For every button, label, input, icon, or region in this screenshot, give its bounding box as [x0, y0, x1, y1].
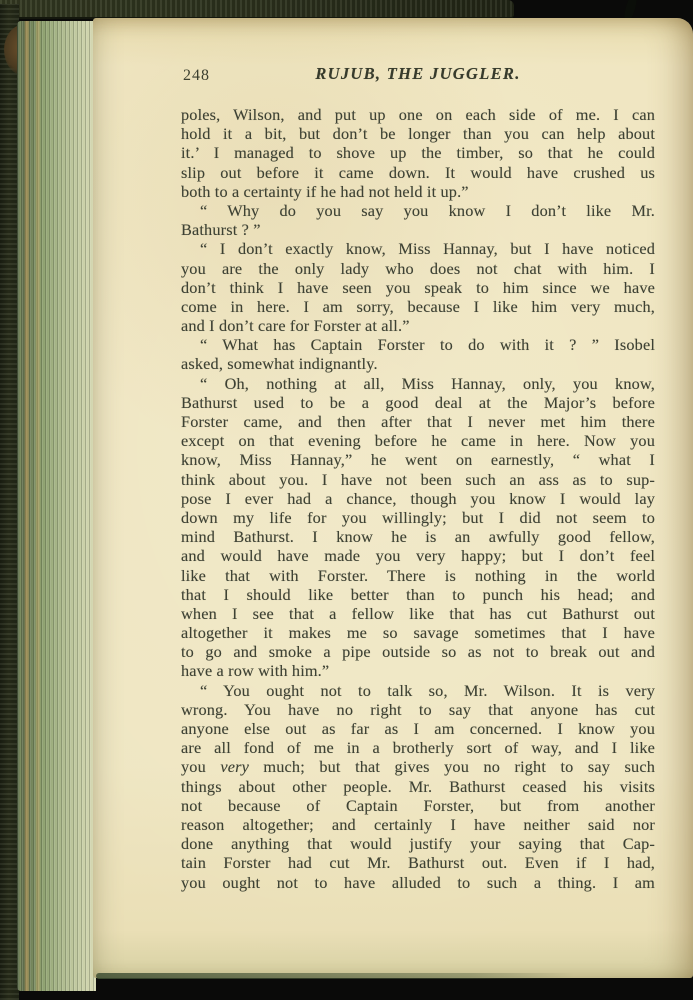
text-line: are all fond of me in a brotherly sort o…	[181, 738, 655, 757]
text-line: “ I don’t exactly know, Miss Hannay, but…	[181, 239, 655, 258]
text-line: you ought not to have alluded to such a …	[181, 873, 655, 892]
text-line: you are the only lady who does not chat …	[181, 259, 655, 278]
text-line: wrong. You have no right to say that any…	[181, 700, 655, 719]
text-line: have a row with him.”	[181, 661, 655, 680]
text-line: know, Miss Hannay,” he went on earnestly…	[181, 450, 655, 469]
text-line: poles, Wilson, and put up one on each si…	[181, 105, 655, 124]
text-line: Bathurst ? ”	[181, 220, 655, 239]
paragraph: “ Oh, nothing at all, Miss Hannay, only,…	[181, 374, 655, 681]
page-header: 248 RUJUB, THE JUGGLER.	[181, 64, 655, 88]
text-line: and would have made you very happy; but …	[181, 546, 655, 565]
running-header: RUJUB, THE JUGGLER.	[181, 64, 655, 84]
page-bottom-edge	[96, 973, 574, 979]
text-line: “ You ought not to talk so, Mr. Wilson. …	[181, 681, 655, 700]
text-line: that I should like better than to punch …	[181, 585, 655, 604]
text-line: it.’ I managed to shove up the timber, s…	[181, 143, 655, 162]
text-line: reason altogether; and certainly I have …	[181, 815, 655, 834]
text-line: not because of Captain Forster, but from…	[181, 796, 655, 815]
text-line: both to a certainty if he had not held i…	[181, 182, 655, 201]
text-line: except on that evening before he came in…	[181, 431, 655, 450]
text-line: asked, somewhat indignantly.	[181, 354, 655, 373]
text-line: don’t think I have seen you speak to him…	[181, 278, 655, 297]
text-line: slip out before it came down. It would h…	[181, 163, 655, 182]
text-line: come in here. I am sorry, because I like…	[181, 297, 655, 316]
paragraph: “ What has Captain Forster to do with it…	[181, 335, 655, 373]
book-photo: 248 RUJUB, THE JUGGLER. poles, Wilson, a…	[0, 0, 693, 1000]
text-line: down my life for you willingly; but I di…	[181, 508, 655, 527]
text-line: anyone else out as far as I am concerned…	[181, 719, 655, 738]
text-line: think about you. I have not been such an…	[181, 470, 655, 489]
paragraph: poles, Wilson, and put up one on each si…	[181, 105, 655, 201]
text-line: “ Why do you say you know I don’t like M…	[181, 201, 655, 220]
text-line: like that with Forster. There is nothing…	[181, 566, 655, 585]
italic-word: very	[220, 757, 249, 776]
page-edges-stack	[17, 21, 96, 991]
page-text: poles, Wilson, and put up one on each si…	[181, 105, 655, 892]
text-line: things about other people. Mr. Bathurst …	[181, 777, 655, 796]
text-line: tain Forster had cut Mr. Bathurst out. E…	[181, 853, 655, 872]
paragraph: “ I don’t exactly know, Miss Hannay, but…	[181, 239, 655, 335]
text-line: pose I ever had a chance, though you kno…	[181, 489, 655, 508]
paragraph: “ You ought not to talk so, Mr. Wilson. …	[181, 681, 655, 892]
page-number: 248	[183, 67, 210, 85]
text-line: when I see that a fellow like that has c…	[181, 604, 655, 623]
text-line: you very much; but that gives you no rig…	[181, 757, 655, 776]
text-line: “ Oh, nothing at all, Miss Hannay, only,…	[181, 374, 655, 393]
text-line: Bathurst used to be a good deal at the M…	[181, 393, 655, 412]
text-line: and I don’t care for Forster at all.”	[181, 316, 655, 335]
text-line: hold it a bit, but don’t be longer than …	[181, 124, 655, 143]
paragraph: “ Why do you say you know I don’t like M…	[181, 201, 655, 239]
text-line: Forster came, and then after that I neve…	[181, 412, 655, 431]
text-line: to go and smoke a pipe outside so as not…	[181, 642, 655, 661]
book-page: 248 RUJUB, THE JUGGLER. poles, Wilson, a…	[93, 18, 693, 978]
book-cover-top-edge	[0, 0, 514, 19]
text-line: mind Bathurst. I know he is an awfully g…	[181, 527, 655, 546]
text-line: altogether it makes me so savage sometim…	[181, 623, 655, 642]
text-line: “ What has Captain Forster to do with it…	[181, 335, 655, 354]
text-line: done anything that would justify your sa…	[181, 834, 655, 853]
